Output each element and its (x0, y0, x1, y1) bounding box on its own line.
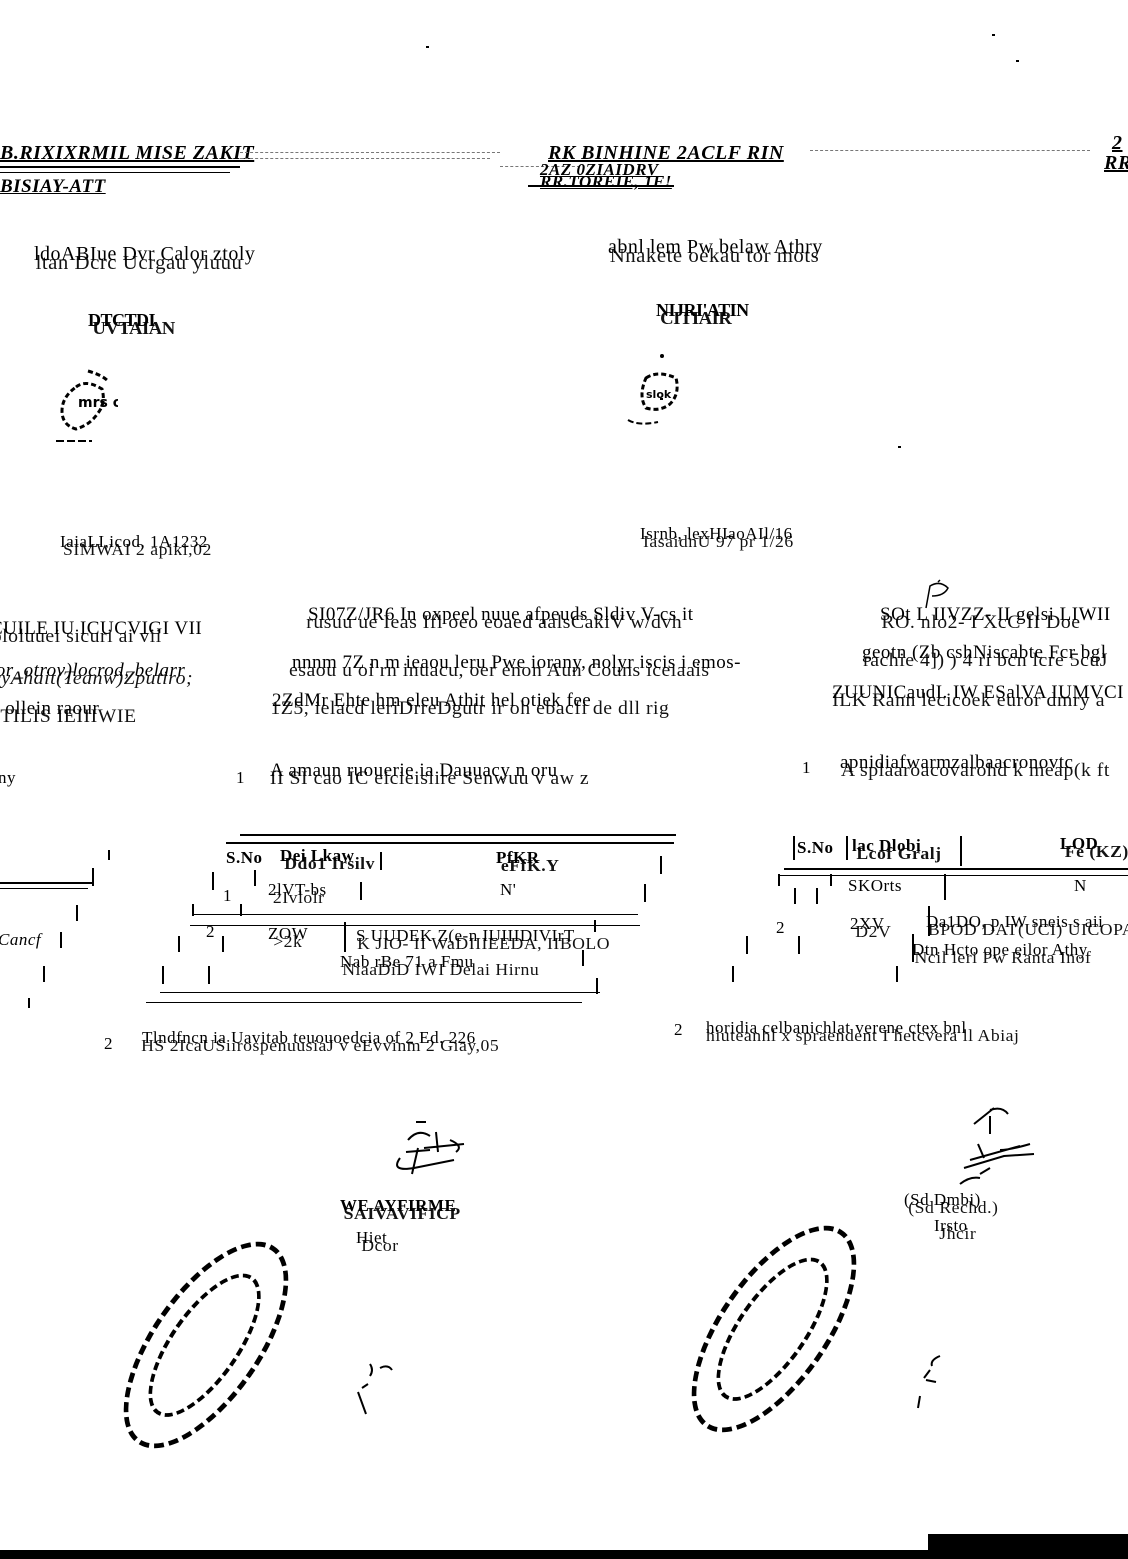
table-cell: SKOrts (848, 876, 902, 896)
table-cell-sno: 2 (776, 918, 785, 938)
table-header-col3: LOD Fe (KZ) (1060, 834, 1122, 862)
table-header-sno: S.No (797, 838, 833, 858)
scan-speck (660, 398, 663, 400)
table-divider (846, 836, 848, 860)
table-divider (793, 836, 795, 860)
body-paragraph: ZUUNICaudI. IW ESalVA IUMVCI ILK Rann le… (832, 682, 1124, 712)
footnote-marker: 2 (674, 1020, 683, 1040)
scan-edge-block (928, 1534, 1128, 1550)
scan-speck (1016, 60, 1019, 62)
document-column-right: 2 RR SOt L IIVZZ- II gelsi LIWII RO. nlo… (0, 0, 1128, 1559)
official-stamp-icon (660, 1199, 888, 1459)
table-divider (944, 874, 946, 900)
signatory-role: Irsto Jhcir (934, 1216, 970, 1244)
table-divider (794, 888, 796, 904)
table-rule (784, 868, 1128, 870)
body-paragraph: geotn (Zb cshNiscabte Fcr bgl rachie 4])… (862, 642, 1107, 672)
table-divider (912, 934, 914, 962)
table-divider (732, 966, 734, 982)
body-paragraph: SOt L IIVZZ- II gelsi LIWII RO. nlo2- I … (880, 604, 1111, 634)
table-header-col2: lac Dlobi Lcof Gralj (852, 836, 934, 864)
scan-edge-bar (0, 1550, 1128, 1559)
scan-speck (992, 34, 995, 36)
table-divider (896, 966, 898, 982)
table-divider (960, 836, 962, 866)
stamp-inner-ring (696, 1240, 850, 1418)
signatory-name: (Sd Dmbi) (Sd Rechd.) (904, 1190, 991, 1218)
header-subtitle: RR (1104, 152, 1128, 175)
table-divider (816, 888, 818, 904)
footnote-text: horidia celbanichlat verene ctex bnl hiu… (706, 1018, 1007, 1046)
table-divider (746, 936, 748, 954)
scan-speck (426, 46, 429, 48)
list-marker: 1 (802, 758, 811, 778)
initial-mark-icon (910, 1346, 950, 1426)
table-cell: 2XV D2V (850, 914, 885, 942)
table-cell: N (1074, 876, 1087, 896)
table-cell: Dtn Hcto ope eilor Athy Ncil leri Pw Ran… (912, 940, 1088, 968)
table-divider (778, 874, 780, 886)
table-divider (830, 874, 832, 886)
signature-icon (930, 1104, 1040, 1194)
table-cell: Da1DO, p IW sneis s aii BPOD DAT(UCI) UI… (926, 912, 1128, 940)
table-divider (798, 936, 800, 954)
list-item-text: apnidiafwarmzalbaacronovtc A splaaroacov… (840, 752, 1099, 782)
scan-speck (898, 446, 901, 448)
